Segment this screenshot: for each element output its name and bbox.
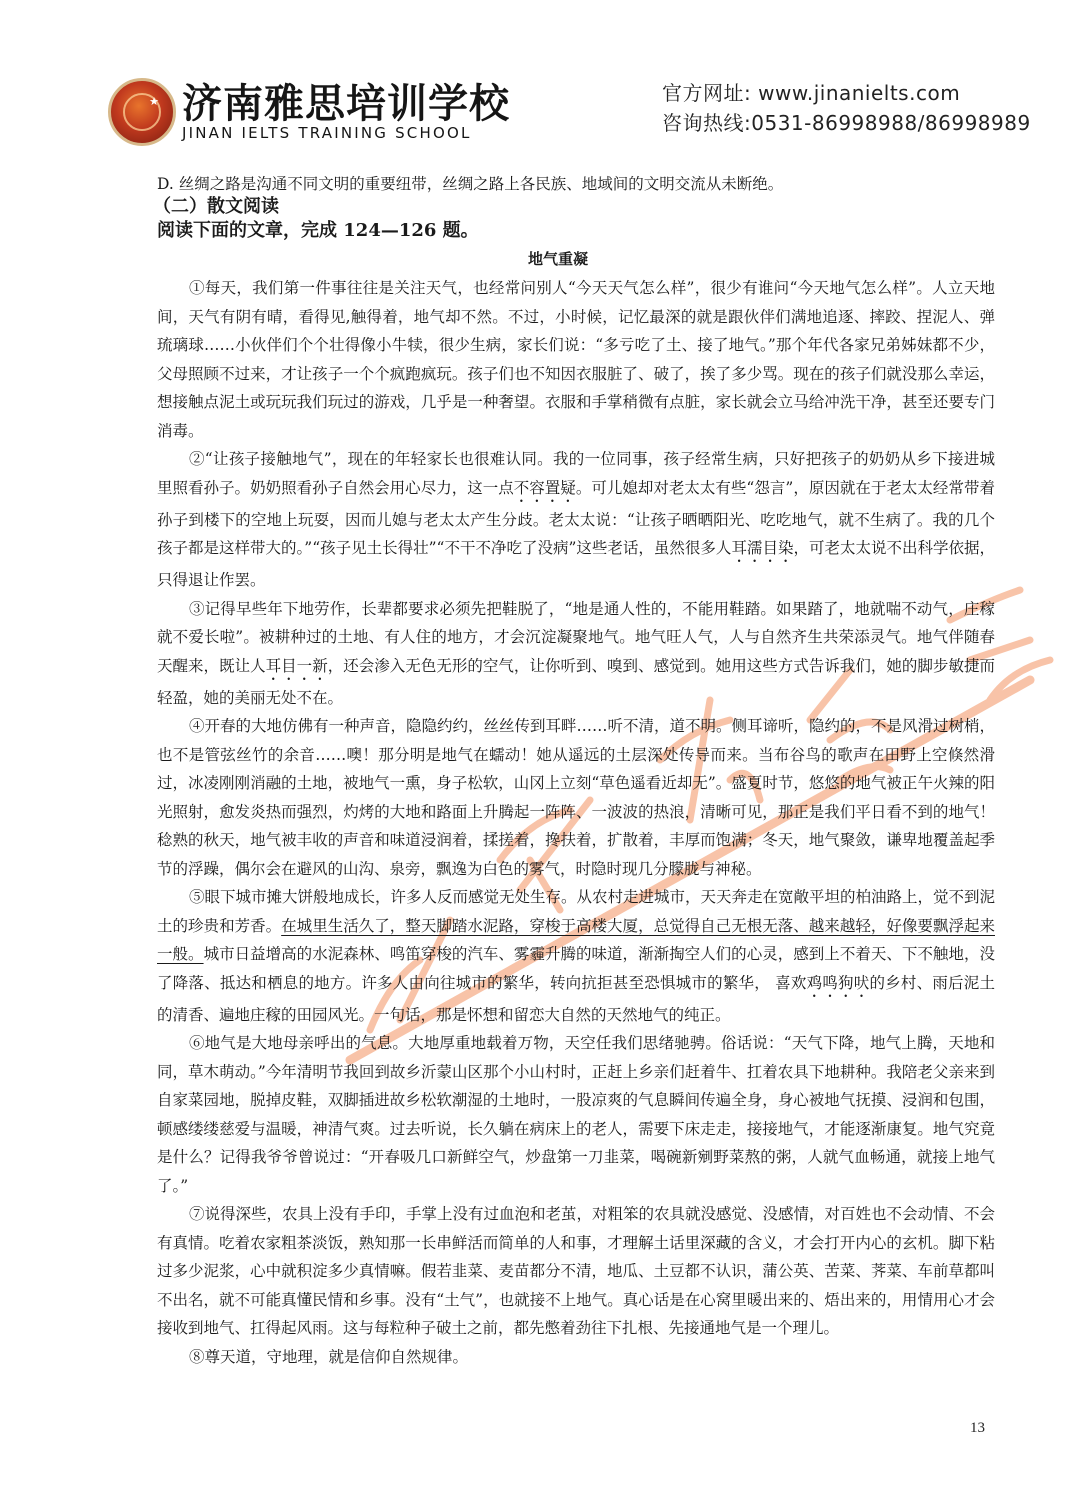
section-title: （二）散文阅读 — [153, 196, 995, 218]
paragraph-6: ⑥地气是大地母亲呼出的气息。大地厚重地载着万物，天空任我们思绪驰骋。俗话说：“天… — [157, 1029, 995, 1200]
instruction: 阅读下面的文章，完成 124—126 题。 — [157, 218, 995, 244]
page-number: 13 — [970, 1420, 985, 1437]
paragraph-4: ④开春的大地仿佛有一种声音，隐隐约约，丝丝传到耳畔……听不清，道不明。侧耳谛听，… — [157, 712, 995, 883]
paragraph-7: ⑦说得深些，农具上没有手印，手掌上没有过血泡和老茧，对粗笨的农具就没感觉、没感情… — [157, 1200, 995, 1343]
paragraph-2: ②“让孩子接触地气”，现在的年轻家长也很难认同。我的一位同事，孩子经常生病，只好… — [157, 445, 995, 595]
globe-emblem-icon — [108, 78, 176, 146]
contact-info: 官方网址: www.jinanielts.com 咨询热线:0531-86998… — [662, 78, 1031, 138]
page-header: 济南雅思培训学校 JINAN IELTS TRAINING SCHOOL 官方网… — [0, 0, 1076, 165]
website-url: www.jinanielts.com — [758, 81, 960, 105]
logo-chinese-name: 济南雅思培训学校 — [182, 83, 510, 125]
emphasized-word: 鸡鸣狗吠 — [807, 974, 870, 992]
paragraph-1: ①每天，我们第一件事往往是关注天气，也经常问别人“今天天气怎么样”，很少有谁问“… — [157, 274, 995, 445]
emphasized-word: 耳目一新 — [266, 657, 328, 675]
document-body: D. 丝绸之路是沟通不同文明的重要纽带，丝绸之路上各民族、地域间的文明交流从未断… — [157, 172, 995, 1371]
article-title: 地气重凝 — [121, 244, 995, 274]
emphasized-word: 耳濡目染 — [731, 539, 793, 557]
website-line: 官方网址: www.jinanielts.com — [662, 78, 1031, 108]
paragraph-8: ⑧尊天道，守地理，就是信仰自然规律。 — [157, 1343, 995, 1372]
emphasized-word: 不容置疑 — [514, 479, 576, 497]
hotline-line: 咨询热线:0531-86998988/86998989 — [662, 108, 1031, 138]
hotline-number: 0531-86998988/86998989 — [751, 111, 1030, 135]
logo-english-name: JINAN IELTS TRAINING SCHOOL — [182, 125, 510, 141]
option-d: D. 丝绸之路是沟通不同文明的重要纽带，丝绸之路上各民族、地域间的文明交流从未断… — [157, 172, 995, 196]
hotline-label: 咨询热线: — [662, 111, 751, 135]
school-logo: 济南雅思培训学校 JINAN IELTS TRAINING SCHOOL — [108, 78, 510, 146]
paragraph-3: ③记得早些年下地劳作，长辈都要求必须先把鞋脱了，“地是通人性的，不能用鞋踏。如果… — [157, 595, 995, 713]
website-label: 官方网址: — [662, 81, 758, 105]
paragraph-5: ⑤眼下城市摊大饼般地成长，许多人反而感觉无处生存。从农村走进城市，天天奔走在宽敞… — [157, 883, 995, 1029]
